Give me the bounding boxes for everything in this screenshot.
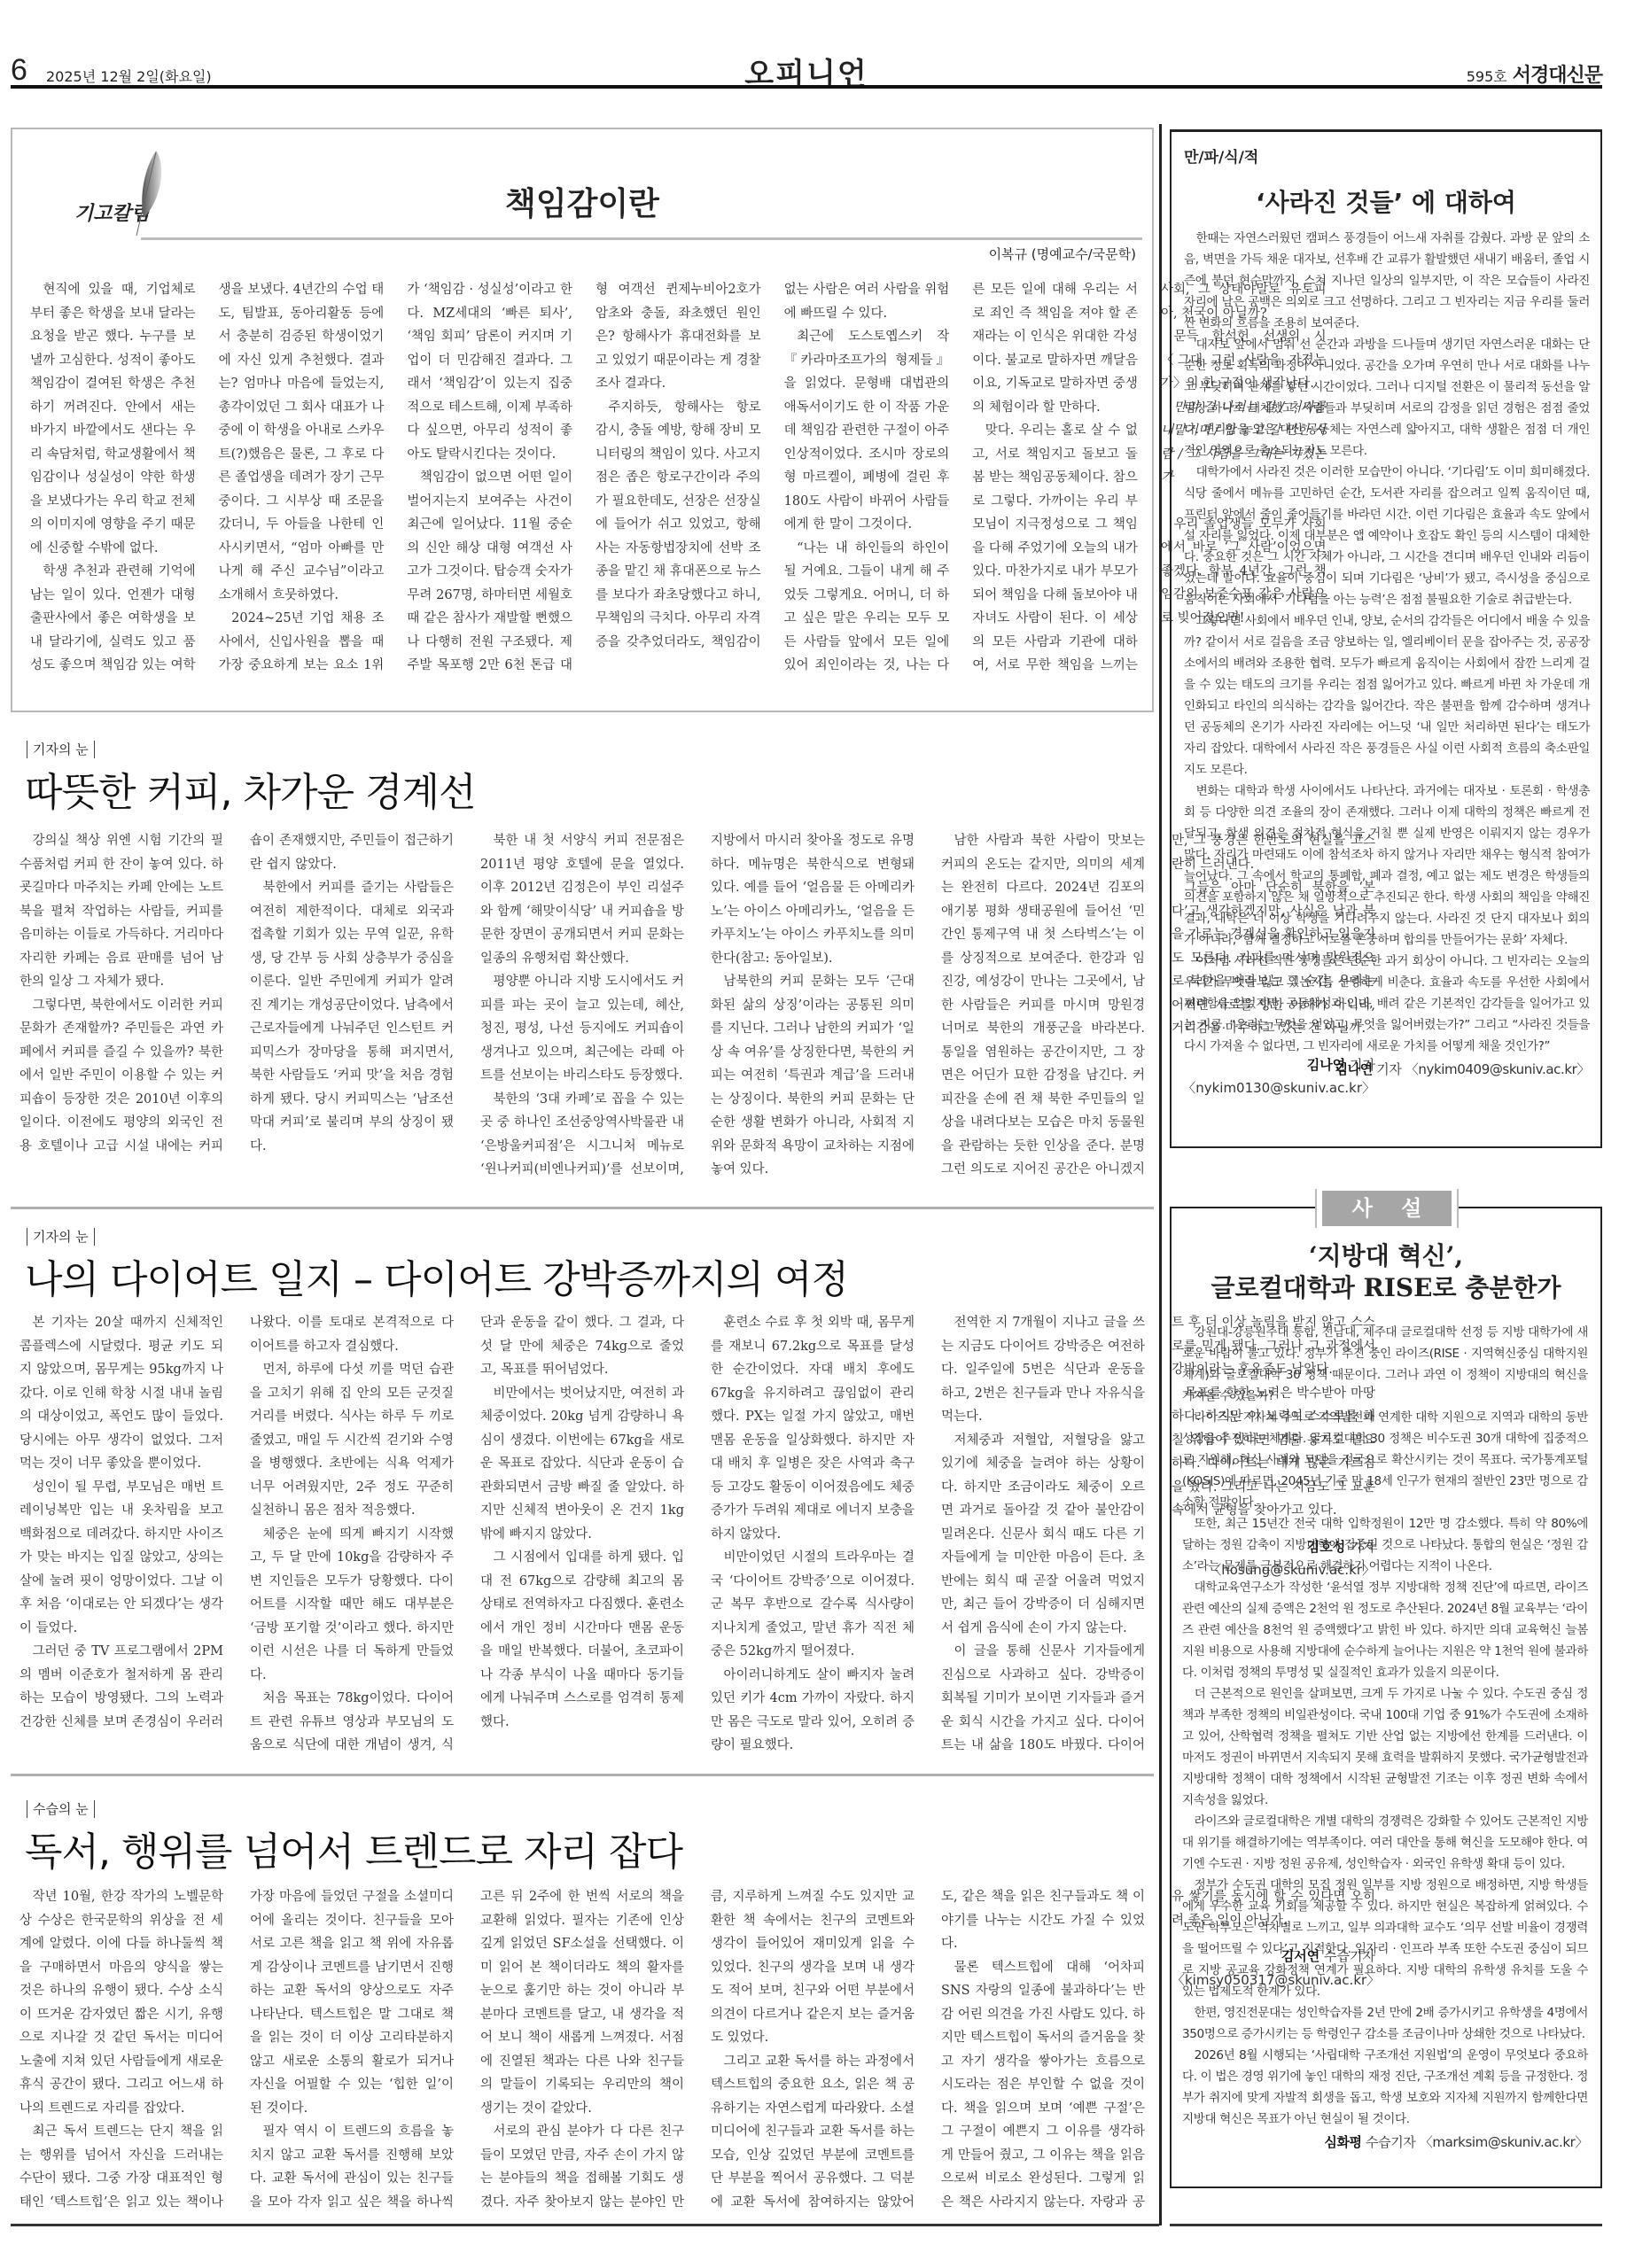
paragraph: 최근에 도스토옙스키 작 『카라마조프가의 형제들』을 읽었다. 문형배 대법관… bbox=[784, 325, 950, 537]
paragraph: 또한, 최근 15년간 전국 대학 입학정원이 12만 명 감소했다. 특히 약… bbox=[1182, 1513, 1588, 1577]
editorial-title-line2: 글로컬대학과 RISE로 충분한가 bbox=[1211, 1273, 1561, 1302]
paragraph: 비만에서는 벗어났지만, 여전히 과체중이었다. 20kg 넘게 감량하니 욕심… bbox=[480, 1382, 684, 1547]
paragraph: 강원대-강릉원주대 통합, 전남대, 제주대 글로컬대학 선정 등 지방 대학가… bbox=[1182, 1322, 1588, 1407]
section-divider bbox=[11, 1774, 1154, 1776]
page-bottom-rule bbox=[1170, 2224, 1602, 2226]
guest-column-body: 현직에 있을 때, 기업체로부터 좋은 학생을 보내 달라는 요청을 받곤 했다… bbox=[30, 278, 1138, 695]
article-kicker: 기자의 눈 bbox=[27, 1228, 95, 1246]
article-headline: 따뜻한 커피, 차가운 경계선 bbox=[25, 760, 476, 817]
mpsj-body: 한때는 자연스러웠던 캠퍼스 풍경들이 어느새 자취를 감췄다. 과방 문 앞의… bbox=[1184, 228, 1590, 1140]
paragraph: 본 기자는 20살 때까지 신체적인 콤플렉스에 시달렸다. 평균 키도 되지 … bbox=[19, 1311, 223, 1476]
paper-logo: 서경대신문 bbox=[1513, 65, 1602, 87]
paragraph: 현직에 있을 때, 기업체로부터 좋은 학생을 보내 달라는 요청을 받곤 했다… bbox=[30, 278, 196, 560]
paragraph: 작년 10월, 한강 작가의 노벨문학상 수상은 한국문학의 위상을 전 세계에… bbox=[19, 1885, 223, 2120]
mpsj-label: 만/파/식/적 bbox=[1184, 144, 1258, 167]
guest-column-title: 책임감이란 bbox=[12, 179, 1152, 224]
paragraph: 2026년 8월 시행되는 ‘사립대학 구조개선 지원법’의 운영이 무엇보다 … bbox=[1182, 2045, 1588, 2130]
article-kicker: 수습의 눈 bbox=[27, 1800, 95, 1818]
paragraph: 체중은 눈에 띄게 빠지기 시작했고, 두 달 만에 10kg을 감량하자 주변… bbox=[250, 1523, 454, 1688]
byline: 심화평 수습기자 〈marksim@skuniv.ac.kr〉 bbox=[1182, 2132, 1588, 2153]
paragraph: 강의실 책상 위엔 시험 기간의 필수품처럼 커피 한 잔이 놓여 있다. 하굣… bbox=[19, 829, 223, 994]
paragraph: 먼저, 하루에 다섯 끼를 먹던 습관을 고치기 위해 집 안의 모든 군것질거… bbox=[250, 1358, 454, 1523]
mpsj-title: ‘사라진 것들’ 에 대하여 bbox=[1172, 183, 1600, 219]
issue-info: 595호서경대신문 bbox=[1467, 60, 1602, 88]
paragraph: 라이즈와 글로컬대학은 개별 대학의 경쟁력은 강화할 수 있어도 근본적인 지… bbox=[1182, 1811, 1588, 1875]
paragraph: 북한 내 첫 서양식 커피 전문점은 2011년 평양 호텔에 문을 열었다. … bbox=[480, 829, 684, 970]
byline-role: 기자 bbox=[1376, 1061, 1401, 1077]
paragraph: 평양뿐 아니라 지방 도시에서도 커피를 파는 곳이 늘고 있는데, 혜산, 청… bbox=[480, 970, 684, 1088]
page-header: 6 2025년 12월 2일(화요일) 오피니언 595호서경대신문 bbox=[11, 46, 1602, 90]
paragraph: 훈련소 수료 후 첫 외박 때, 몸무게를 재보니 67.2kg으로 목표를 달… bbox=[711, 1311, 915, 1546]
paragraph: 한편, 영진전문대는 성인학습자를 2년 만에 2배 증가시키고 유학생을 4명… bbox=[1182, 2002, 1588, 2045]
byline-email[interactable]: 〈marksim@skuniv.ac.kr〉 bbox=[1420, 2134, 1588, 2150]
byline: 김나연 기자 〈nykim0409@skuniv.ac.kr〉 bbox=[1184, 1059, 1590, 1080]
byline-name: 심화평 bbox=[1324, 2134, 1361, 2150]
article-body: 본 기자는 20살 때까지 신체적인 콤플렉스에 시달렸다. 평균 키도 되지 … bbox=[19, 1311, 1145, 1767]
guest-column-author: 이복규 (명예교수/국문학) bbox=[989, 245, 1136, 263]
paragraph: 대학교육연구소가 작성한 ‘윤석열 정부 지방대학 정책 진단’에 따르면, 라… bbox=[1182, 1577, 1588, 1683]
issue-number: 595호 bbox=[1467, 68, 1507, 85]
page-bottom-rule bbox=[11, 2224, 1159, 2226]
article-kicker: 기자의 눈 bbox=[27, 741, 95, 758]
paragraph: 변화는 대학과 학생 사이에서도 나타난다. 과거에는 대자보 · 토론회 · … bbox=[1184, 781, 1590, 951]
issue-date: 2025년 12월 2일(화요일) bbox=[46, 66, 212, 86]
editorial-title: ‘지방대 혁신’, 글로컬대학과 RISE로 충분한가 bbox=[1170, 1240, 1602, 1304]
section-divider bbox=[11, 1207, 1154, 1209]
byline-email[interactable]: 〈nykim0409@skuniv.ac.kr〉 bbox=[1405, 1061, 1590, 1077]
page-number: 6 bbox=[11, 53, 27, 88]
paragraph: 더 근본적으로 원인을 살펴보면, 크게 두 가지로 나눌 수 있다. 수도권 … bbox=[1182, 1683, 1588, 1811]
paragraph: 아이러니하게도 살이 빠지자 눌려 있던 키가 4cm 가까이 자랐다. 하지만… bbox=[711, 1664, 915, 1758]
header-rule bbox=[11, 85, 1602, 89]
paragraph: 비만이었던 시절의 트라우마는 결국 ‘다이어트 강박증’으로 이어졌다. 군 … bbox=[711, 1546, 915, 1664]
paragraph: 정부가 수도권 대학의 모집 정원 일부를 지방 정원으로 배정하면, 지방 학… bbox=[1182, 1875, 1588, 2002]
paragraph: 북한에서 커피를 즐기는 사람들은 여전히 제한적이다. 대체로 외국과 접촉할… bbox=[250, 876, 454, 1158]
guest-title-rule bbox=[141, 237, 1142, 240]
byline-role: 수습기자 bbox=[1366, 2134, 1415, 2150]
mpsj-column: 만/파/식/적 ‘사라진 것들’ 에 대하여 한때는 자연스러웠던 캠퍼스 풍경… bbox=[1170, 129, 1602, 1148]
paragraph: 이처럼 사라진 작은 풍경들은 단순한 과거 회상이 아니다. 그 빈자리는 오… bbox=[1184, 951, 1590, 1057]
paragraph: 저체중과 저혈압, 저혈당을 앓고 있기에 체중을 늘려야 하는 상황이다. 하… bbox=[941, 1429, 1145, 1641]
paragraph: 한때는 자연스러웠던 캠퍼스 풍경들이 어느새 자취를 감췄다. 과방 문 앞의… bbox=[1184, 228, 1590, 334]
paragraph: 대자보 앞에서 멈춰 선 순간과 과방을 드나들며 생기던 자연스러운 대화는 … bbox=[1184, 334, 1590, 462]
paragraph: 그렇다면 사회에서 배우던 인내, 양보, 순서의 감각들은 어디에서 배울 수… bbox=[1184, 610, 1590, 781]
editorial-body: 강원대-강릉원주대 통합, 전남대, 제주대 글로컬대학 선정 등 지방 대학가… bbox=[1182, 1322, 1588, 2181]
paragraph: 전역한 지 7개월이 지나고 글을 쓰는 지금도 다이어트 강박증은 여전하다.… bbox=[941, 1311, 1145, 1429]
paragraph: 대학가에서 사라진 것은 이러한 모습만이 아니다. ‘기다림’도 이미 희미해… bbox=[1184, 462, 1590, 610]
article-headline: 나의 다이어트 일지 – 다이어트 강박증까지의 여정 bbox=[25, 1247, 848, 1304]
paragraph: 그 시점에서 입대를 하게 됐다. 입대 전 67kg으로 감량해 최고의 몸 … bbox=[480, 1546, 684, 1734]
byline-name: 김나연 bbox=[1335, 1061, 1373, 1077]
paragraph: 남북한의 커피 문화는 모두 ‘근대화된 삶의 상징’이라는 공통된 의미를 지… bbox=[711, 970, 915, 1182]
editorial-title-line1: ‘지방대 혁신’, bbox=[1309, 1241, 1463, 1270]
guest-column: 기고칼럼 책임감이란 이복규 (명예교수/국문학) 현직에 있을 때, 기업체로… bbox=[11, 128, 1154, 712]
article-body: 강의실 책상 위엔 시험 기간의 필수품처럼 커피 한 잔이 놓여 있다. 하굣… bbox=[19, 829, 1145, 1201]
paragraph: 라이즈는 지자체 주도로 지역발전과 연계한 대학 지원으로 지역과 대학의 동… bbox=[1182, 1407, 1588, 1513]
paragraph: 성인이 될 무렵, 부모님은 매번 트레이닝복만 입는 내 옷차림을 보고 백화… bbox=[19, 1476, 223, 1641]
article-headline: 독서, 행위를 넘어서 트렌드로 자리 잡다 bbox=[25, 1820, 682, 1876]
article-body: 작년 10월, 한강 작가의 노벨문학상 수상은 한국문학의 위상을 전 세계에… bbox=[19, 1885, 1145, 2218]
